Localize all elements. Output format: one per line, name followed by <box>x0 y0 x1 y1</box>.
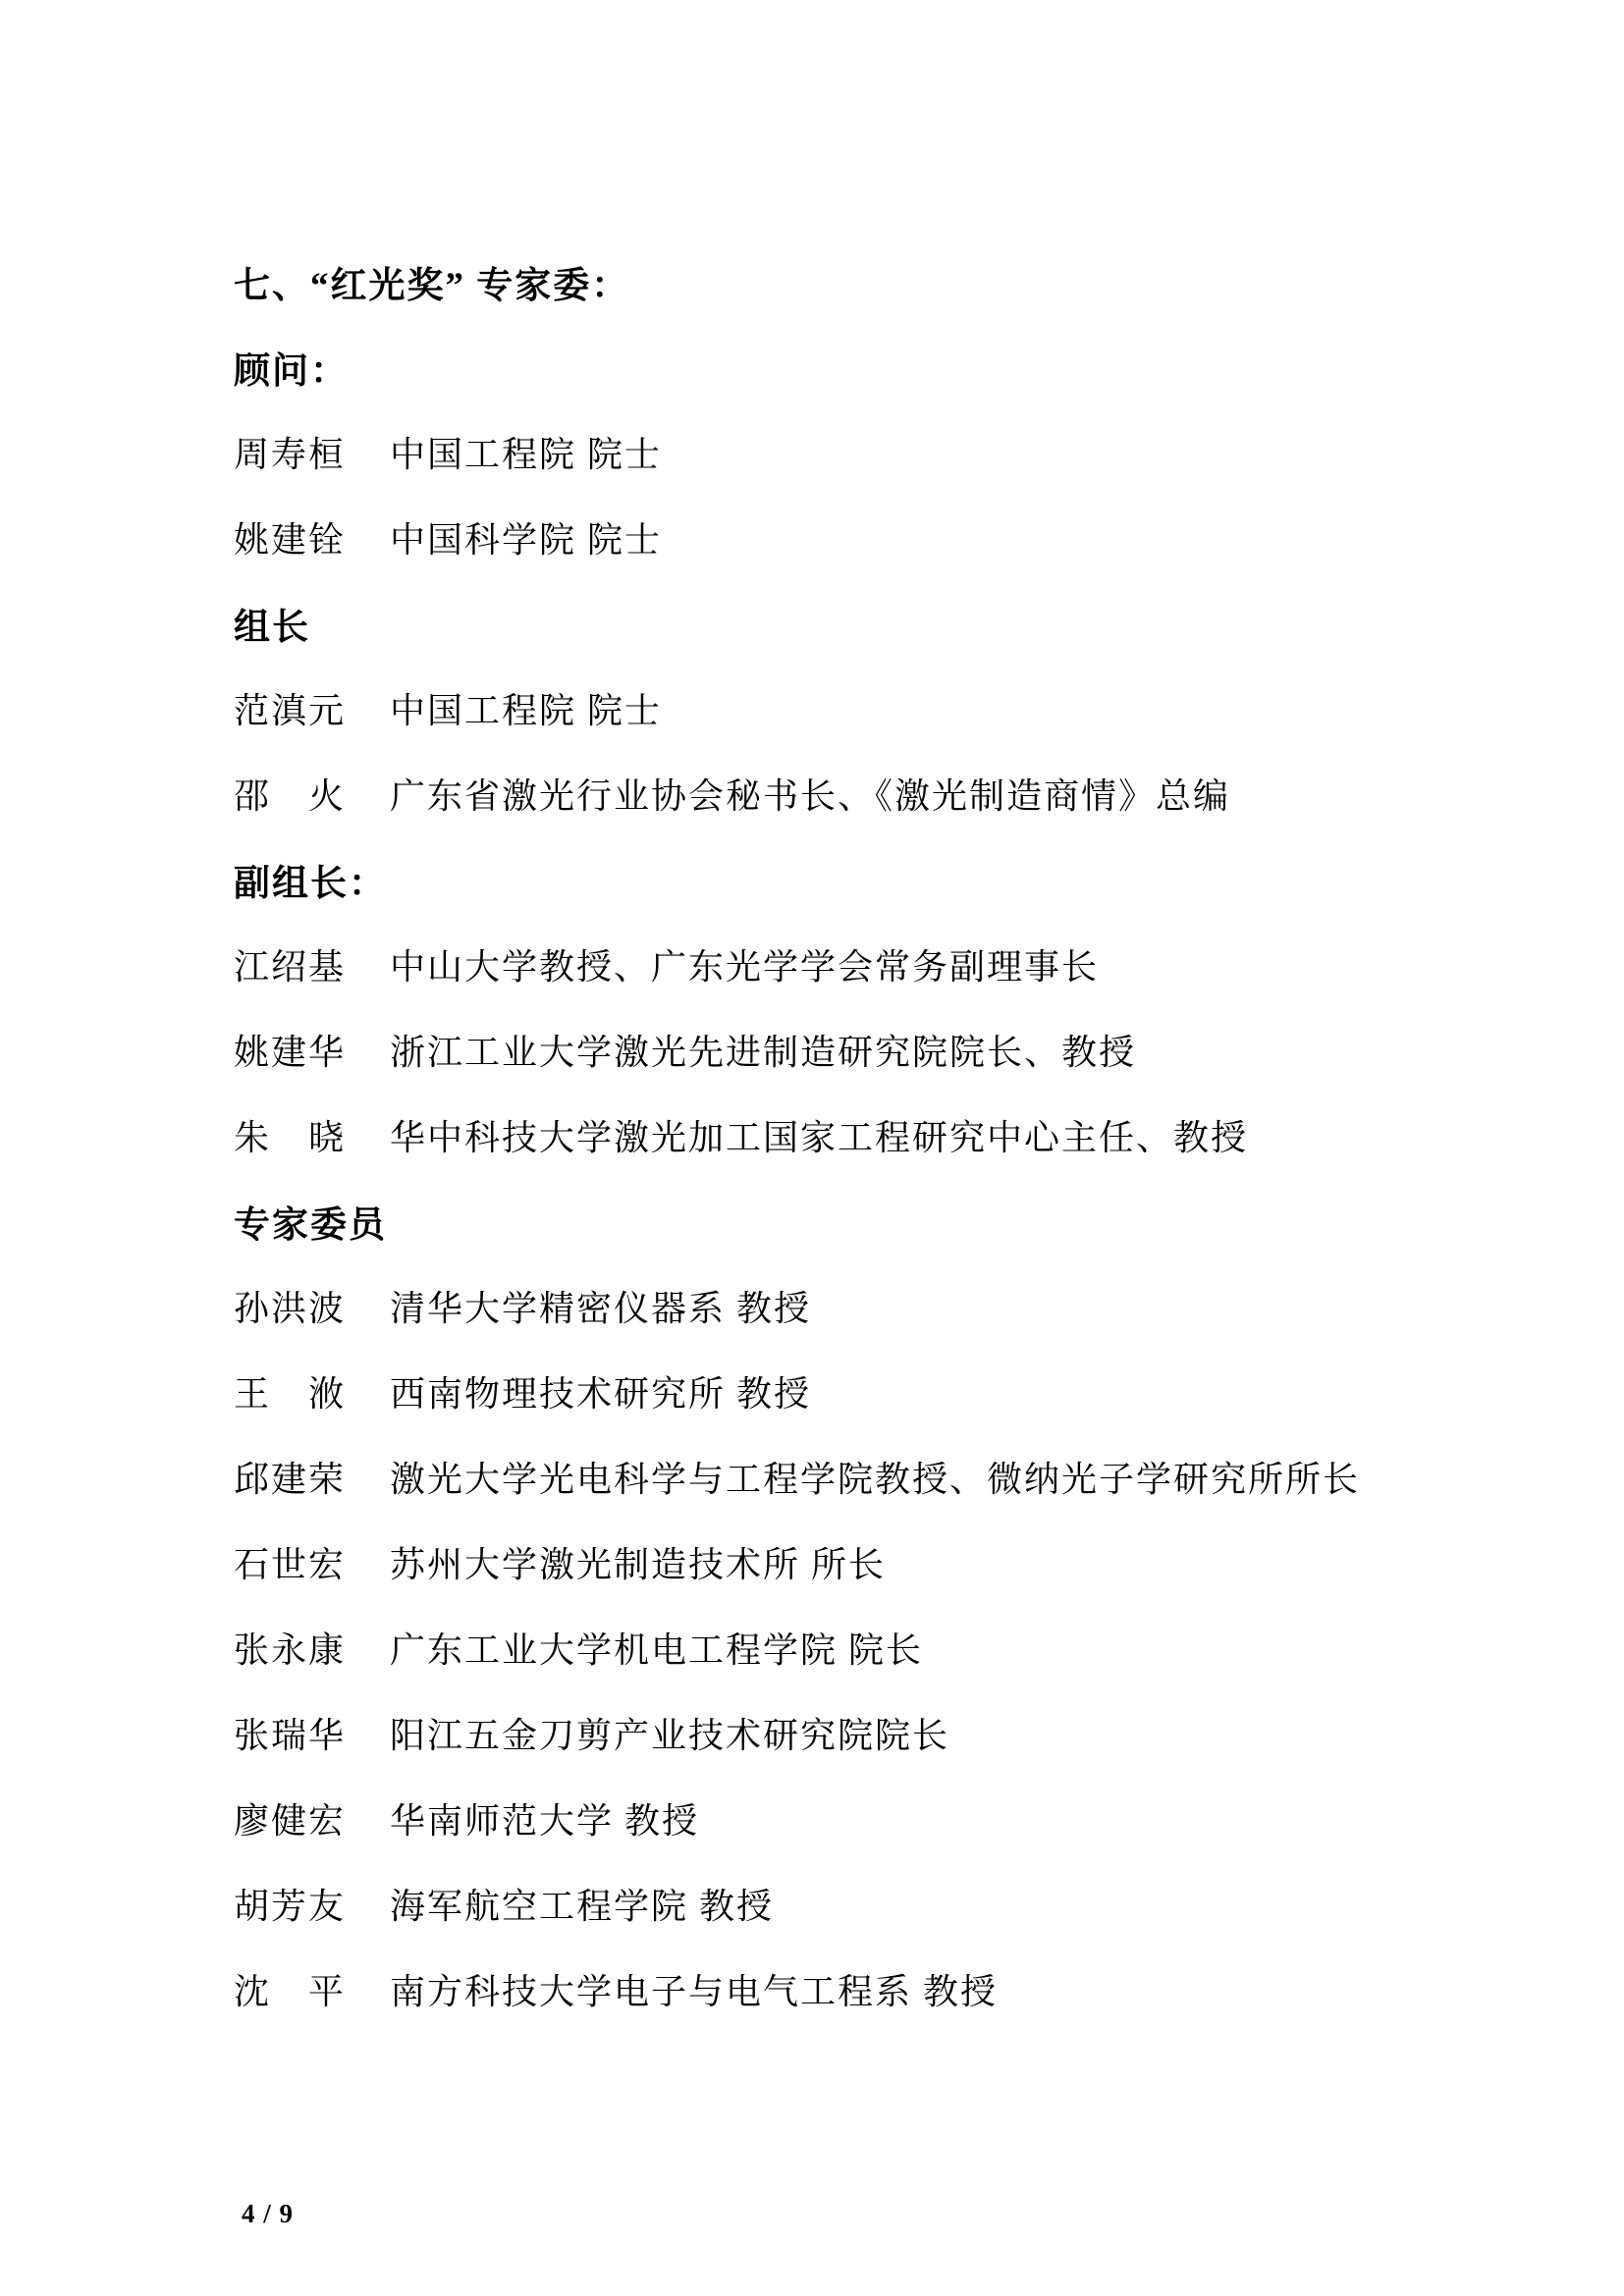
heading-group-leader: 组长 <box>234 580 1510 666</box>
member-row: 江绍基 中山大学教授、广东光学学会常务副理事长 <box>234 922 1510 1007</box>
member-name: 张瑞华 <box>234 1708 390 1758</box>
page-footer: 4 / 9 <box>242 2199 294 2229</box>
member-desc: 中国工程院 院士 <box>390 683 1510 733</box>
member-row: 石世宏 苏州大学激光制造技术所 所长 <box>234 1520 1510 1605</box>
member-name: 胡芳友 <box>234 1879 390 1929</box>
heading-expert-members: 专家委员 <box>234 1178 1510 1263</box>
member-row: 周寿桓 中国工程院 院士 <box>234 409 1510 495</box>
member-name: 江绍基 <box>234 939 390 989</box>
page-number: 4 / 9 <box>242 2199 294 2228</box>
member-desc: 激光大学光电科学与工程学院教授、微纳光子学研究所所长 <box>390 1452 1510 1502</box>
member-name: 张永康 <box>234 1623 390 1673</box>
member-name: 邱建荣 <box>234 1452 390 1502</box>
member-desc: 中山大学教授、广东光学学会常务副理事长 <box>390 939 1510 989</box>
member-row: 廖健宏 华南师范大学 教授 <box>234 1776 1510 1861</box>
member-name: 姚建华 <box>234 1025 390 1075</box>
member-name: 范滇元 <box>234 683 390 733</box>
member-desc: 清华大学精密仪器系 教授 <box>390 1281 1510 1331</box>
member-row: 姚建铨 中国科学院 院士 <box>234 495 1510 580</box>
member-desc: 阳江五金刀剪产业技术研究院院长 <box>390 1708 1510 1758</box>
member-name: 姚建铨 <box>234 512 390 562</box>
member-row: 邵 火 广东省激光行业协会秘书长、《激光制造商情》总编 <box>234 751 1510 836</box>
member-name: 孙洪波 <box>234 1281 390 1331</box>
doc-title: 七、“红光奖” 专家委： <box>234 239 1510 324</box>
member-name: 邵 火 <box>234 769 390 819</box>
member-row: 邱建荣 激光大学光电科学与工程学院教授、微纳光子学研究所所长 <box>234 1434 1510 1520</box>
member-row: 朱 晓 华中科技大学激光加工国家工程研究中心主任、教授 <box>234 1093 1510 1178</box>
member-desc: 华南师范大学 教授 <box>390 1793 1510 1843</box>
heading-advisors: 顾问： <box>234 324 1510 409</box>
member-name: 王 浟 <box>234 1366 390 1416</box>
member-row: 范滇元 中国工程院 院士 <box>234 666 1510 751</box>
member-row: 王 浟 西南物理技术研究所 教授 <box>234 1349 1510 1434</box>
member-row: 张瑞华 阳江五金刀剪产业技术研究院院长 <box>234 1690 1510 1776</box>
member-name: 朱 晓 <box>234 1110 390 1160</box>
member-row: 沈 平 南方科技大学电子与电气工程系 教授 <box>234 1947 1510 2032</box>
member-name: 石世宏 <box>234 1537 390 1587</box>
member-name: 廖健宏 <box>234 1793 390 1843</box>
committee-list: 七、“红光奖” 专家委： 顾问： 周寿桓 中国工程院 院士 姚建铨 中国科学院 … <box>234 239 1510 2032</box>
member-desc: 西南物理技术研究所 教授 <box>390 1366 1510 1416</box>
member-name: 沈 平 <box>234 1964 390 2014</box>
member-row: 孙洪波 清华大学精密仪器系 教授 <box>234 1263 1510 1349</box>
heading-deputy-group-leader: 副组长： <box>234 836 1510 922</box>
member-name: 周寿桓 <box>234 427 390 477</box>
member-row: 张永康 广东工业大学机电工程学院 院长 <box>234 1605 1510 1690</box>
member-desc: 华中科技大学激光加工国家工程研究中心主任、教授 <box>390 1110 1510 1160</box>
member-desc: 浙江工业大学激光先进制造研究院院长、教授 <box>390 1025 1510 1075</box>
member-desc: 南方科技大学电子与电气工程系 教授 <box>390 1964 1510 2014</box>
member-desc: 海军航空工程学院 教授 <box>390 1879 1510 1929</box>
member-row: 胡芳友 海军航空工程学院 教授 <box>234 1861 1510 1947</box>
member-desc: 苏州大学激光制造技术所 所长 <box>390 1537 1510 1587</box>
member-desc: 广东工业大学机电工程学院 院长 <box>390 1623 1510 1673</box>
member-desc: 中国科学院 院士 <box>390 512 1510 562</box>
member-desc: 广东省激光行业协会秘书长、《激光制造商情》总编 <box>390 769 1510 819</box>
member-desc: 中国工程院 院士 <box>390 427 1510 477</box>
member-row: 姚建华 浙江工业大学激光先进制造研究院院长、教授 <box>234 1007 1510 1093</box>
